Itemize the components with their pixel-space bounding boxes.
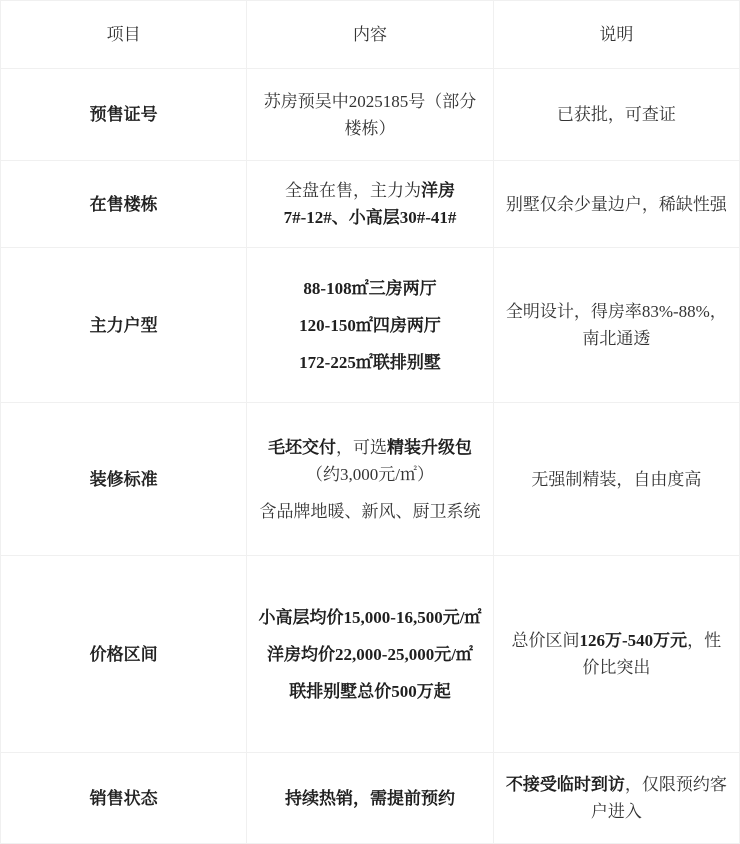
- regular-text: 全明设计，得房率83%-88%，南北通透: [506, 302, 727, 348]
- bold-text: 精装升级包: [387, 438, 472, 457]
- regular-text: （约3,000元/㎡）: [306, 465, 434, 484]
- cell-paragraph: 全明设计，得房率83%-88%，南北通透: [504, 298, 729, 352]
- cell-paragraph: 不接受临时到访，仅限预约客户进入: [504, 771, 729, 825]
- bold-text: 联排别墅总价500万起: [289, 682, 451, 701]
- item-cell: 在售楼栋: [1, 161, 247, 248]
- bold-text: 172-225㎡联排别墅: [299, 353, 441, 372]
- note-cell: 无强制精装，自由度高: [493, 403, 739, 556]
- cell-paragraph: 洋房均价22,000-25,000元/㎡: [257, 641, 482, 668]
- cell-paragraph: 含品牌地暖、新风、厨卫系统: [257, 498, 482, 525]
- column-header: 项目: [1, 1, 247, 69]
- bold-text: 不接受临时到访: [506, 775, 625, 794]
- item-cell: 主力户型: [1, 248, 247, 403]
- regular-text: 无强制精装，自由度高: [531, 470, 701, 489]
- table-row: 在售楼栋全盘在售，主力为洋房7#-12#、小高层30#-41#别墅仅余少量边户，…: [1, 161, 740, 248]
- regular-text: 已获批，可查证: [557, 105, 676, 124]
- column-header: 说明: [493, 1, 739, 69]
- note-cell: 已获批，可查证: [493, 69, 739, 161]
- regular-text: 总价区间: [511, 631, 579, 650]
- content-cell: 小高层均价15,000-16,500元/㎡洋房均价22,000-25,000元/…: [247, 556, 493, 753]
- column-header: 内容: [247, 1, 493, 69]
- content-cell: 苏房预吴中2025185号（部分楼栋）: [247, 69, 493, 161]
- cell-paragraph: 88-108㎡三房两厅: [257, 275, 482, 302]
- cell-paragraph: 已获批，可查证: [504, 101, 729, 128]
- cell-paragraph: 联排别墅总价500万起: [257, 678, 482, 705]
- presale-info-table: 项目内容说明 预售证号苏房预吴中2025185号（部分楼栋）已获批，可查证在售楼…: [0, 0, 740, 844]
- bold-text: 毛坯交付: [268, 438, 336, 457]
- bold-text: 小高层均价15,000-16,500元/㎡: [259, 608, 482, 627]
- bold-text: 持续热销，需提前预约: [285, 789, 455, 808]
- table-head: 项目内容说明: [1, 1, 740, 69]
- bold-text: 88-108㎡三房两厅: [303, 279, 436, 298]
- content-cell: 88-108㎡三房两厅120-150㎡四房两厅172-225㎡联排别墅: [247, 248, 493, 403]
- note-cell: 全明设计，得房率83%-88%，南北通透: [493, 248, 739, 403]
- table-row: 主力户型88-108㎡三房两厅120-150㎡四房两厅172-225㎡联排别墅全…: [1, 248, 740, 403]
- regular-text: 含品牌地暖、新风、厨卫系统: [259, 502, 480, 521]
- table-row: 销售状态持续热销，需提前预约不接受临时到访，仅限预约客户进入: [1, 753, 740, 844]
- table-body: 预售证号苏房预吴中2025185号（部分楼栋）已获批，可查证在售楼栋全盘在售，主…: [1, 69, 740, 844]
- cell-paragraph: 120-150㎡四房两厅: [257, 312, 482, 339]
- table-row: 预售证号苏房预吴中2025185号（部分楼栋）已获批，可查证: [1, 69, 740, 161]
- cell-paragraph: 172-225㎡联排别墅: [257, 349, 482, 376]
- cell-paragraph: 持续热销，需提前预约: [257, 785, 482, 812]
- cell-paragraph: 别墅仅余少量边户，稀缺性强: [504, 191, 729, 218]
- item-cell: 装修标准: [1, 403, 247, 556]
- bold-text: 洋房均价22,000-25,000元/㎡: [267, 645, 473, 664]
- note-cell: 不接受临时到访，仅限预约客户进入: [493, 753, 739, 844]
- note-cell: 别墅仅余少量边户，稀缺性强: [493, 161, 739, 248]
- item-cell: 预售证号: [1, 69, 247, 161]
- regular-text: ，可选: [336, 438, 387, 457]
- regular-text: 全盘在售，主力为: [285, 181, 421, 200]
- regular-text: 苏房预吴中2025185号（部分楼栋）: [264, 92, 477, 138]
- bold-text: 126万-540万元: [579, 631, 687, 650]
- note-cell: 总价区间126万-540万元，性价比突出: [493, 556, 739, 753]
- page: 项目内容说明 预售证号苏房预吴中2025185号（部分楼栋）已获批，可查证在售楼…: [0, 0, 740, 844]
- item-cell: 销售状态: [1, 753, 247, 844]
- regular-text: 别墅仅余少量边户，稀缺性强: [506, 195, 727, 214]
- content-cell: 毛坯交付，可选精装升级包（约3,000元/㎡）含品牌地暖、新风、厨卫系统: [247, 403, 493, 556]
- cell-paragraph: 小高层均价15,000-16,500元/㎡: [257, 604, 482, 631]
- content-cell: 持续热销，需提前预约: [247, 753, 493, 844]
- cell-paragraph: 总价区间126万-540万元，性价比突出: [504, 627, 729, 681]
- content-cell: 全盘在售，主力为洋房7#-12#、小高层30#-41#: [247, 161, 493, 248]
- cell-paragraph: 苏房预吴中2025185号（部分楼栋）: [257, 88, 482, 142]
- cell-paragraph: 无强制精装，自由度高: [504, 466, 729, 493]
- table-row: 装修标准毛坯交付，可选精装升级包（约3,000元/㎡）含品牌地暖、新风、厨卫系统…: [1, 403, 740, 556]
- header-row: 项目内容说明: [1, 1, 740, 69]
- bold-text: 120-150㎡四房两厅: [299, 316, 441, 335]
- table-row: 价格区间小高层均价15,000-16,500元/㎡洋房均价22,000-25,0…: [1, 556, 740, 753]
- cell-paragraph: 毛坯交付，可选精装升级包（约3,000元/㎡）: [257, 434, 482, 488]
- cell-paragraph: 全盘在售，主力为洋房7#-12#、小高层30#-41#: [257, 177, 482, 231]
- item-cell: 价格区间: [1, 556, 247, 753]
